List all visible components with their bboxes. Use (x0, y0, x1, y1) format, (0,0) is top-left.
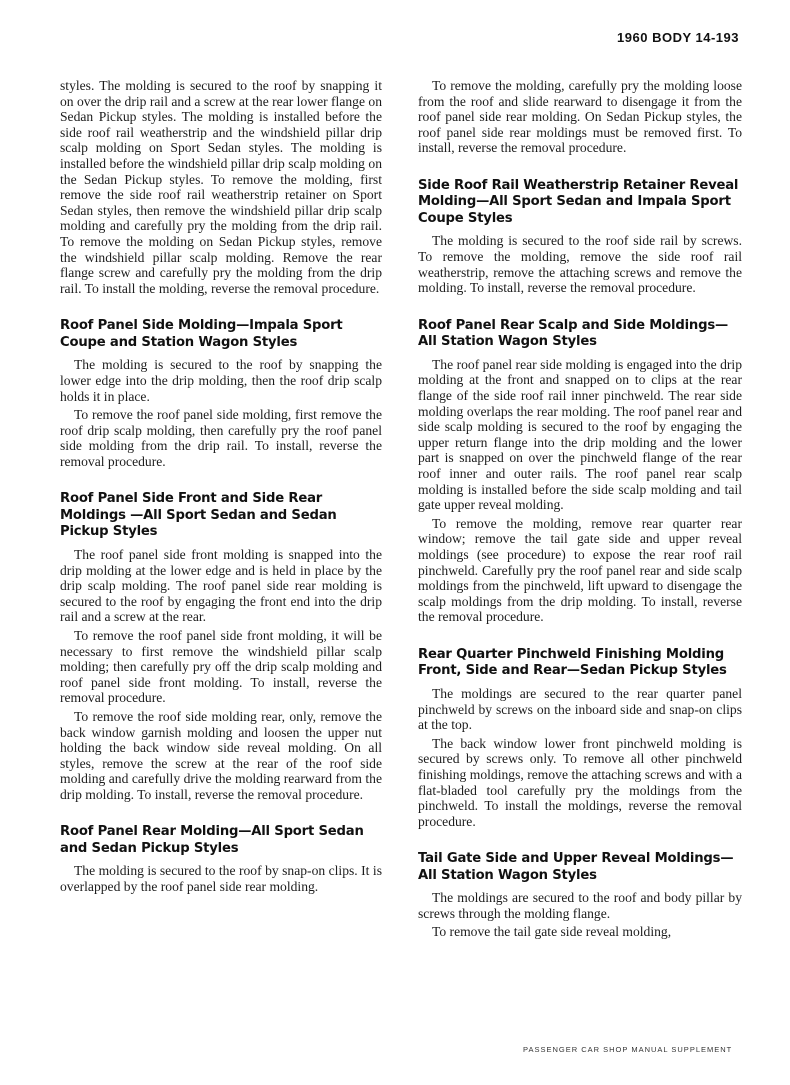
paragraph: To remove the tail gate side reveal mold… (418, 924, 742, 940)
paragraph: The roof panel side front molding is sna… (60, 547, 382, 625)
running-header: 1960 BODY 14-193 (617, 30, 739, 45)
paragraph: To remove the molding, carefully pry the… (418, 78, 742, 156)
section-heading: Roof Panel Rear Scalp and Side Moldings—… (418, 318, 742, 351)
section-tail-gate-reveal: Tail Gate Side and Upper Reveal Moldings… (418, 851, 742, 940)
section-heading: Roof Panel Rear Molding—All Sport Sedan … (60, 824, 382, 857)
left-column: styles. The molding is secured to the ro… (60, 78, 382, 917)
paragraph: The molding is secured to the roof by sn… (60, 357, 382, 404)
right-column: To remove the molding, carefully pry the… (418, 78, 742, 962)
paragraph: The back window lower front pinchweld mo… (418, 736, 742, 830)
paragraph: styles. The molding is secured to the ro… (60, 78, 382, 296)
section-heading: Rear Quarter Pinchweld Finishing Molding… (418, 647, 742, 680)
section-continued-right: To remove the molding, carefully pry the… (418, 78, 742, 156)
section-continued-left: styles. The molding is secured to the ro… (60, 78, 382, 296)
paragraph: To remove the molding, remove rear quart… (418, 516, 742, 625)
section-heading: Roof Panel Side Front and Side Rear Mold… (60, 491, 382, 541)
page-footer: PASSENGER CAR SHOP MANUAL SUPPLEMENT (523, 1045, 732, 1054)
paragraph: The roof panel rear side molding is enga… (418, 357, 742, 513)
section-heading: Side Roof Rail Weatherstrip Retainer Rev… (418, 178, 742, 228)
section-roof-panel-rear-molding: Roof Panel Rear Molding—All Sport Sedan … (60, 824, 382, 894)
section-rear-quarter-pinchweld: Rear Quarter Pinchweld Finishing Molding… (418, 647, 742, 829)
paragraph: To remove the roof side molding rear, on… (60, 709, 382, 803)
paragraph: The moldings are secured to the rear qua… (418, 686, 742, 733)
paragraph: The moldings are secured to the roof and… (418, 890, 742, 921)
section-rear-scalp-side-moldings: Roof Panel Rear Scalp and Side Moldings—… (418, 318, 742, 625)
section-side-front-rear-moldings: Roof Panel Side Front and Side Rear Mold… (60, 491, 382, 802)
section-weatherstrip-retainer-reveal: Side Roof Rail Weatherstrip Retainer Rev… (418, 178, 742, 296)
section-heading: Roof Panel Side Molding—Impala Sport Cou… (60, 318, 382, 351)
paragraph: To remove the roof panel side front mold… (60, 628, 382, 706)
paragraph: To remove the roof panel side molding, f… (60, 407, 382, 469)
section-heading: Tail Gate Side and Upper Reveal Moldings… (418, 851, 742, 884)
paragraph: The molding is secured to the roof side … (418, 233, 742, 295)
section-roof-panel-side-molding: Roof Panel Side Molding—Impala Sport Cou… (60, 318, 382, 469)
paragraph: The molding is secured to the roof by sn… (60, 863, 382, 894)
